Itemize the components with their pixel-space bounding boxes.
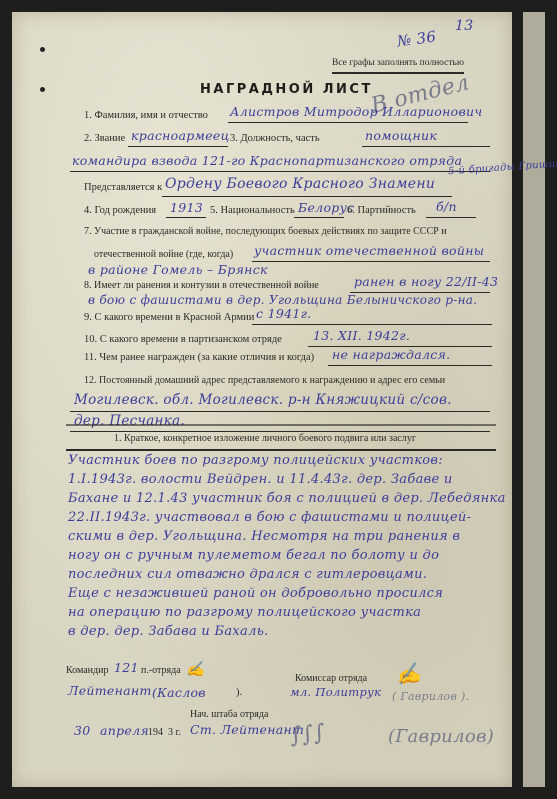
punch-hole: [40, 47, 45, 52]
field-11-value: не награждался.: [332, 347, 450, 362]
instruction-text: Все графы заполнять полностью: [332, 58, 464, 68]
field-9-label: 9. С какого времени в Красной Армии: [84, 312, 254, 323]
field-7-value-1: участник отечественной войны: [254, 243, 484, 258]
field-12-value-1: Могилевск. обл. Могилевск. р-н Княжицкий…: [74, 392, 452, 408]
field-line: [252, 324, 492, 325]
stamp-sheet: 13: [455, 18, 473, 34]
commissar-signature: ✍: [394, 660, 423, 688]
feat-line: Бахане и 12.1.43 участник боя с полицией…: [68, 491, 506, 506]
feat-line: в дер. дер. Забава и Бахаль.: [68, 624, 269, 639]
feat-line: Участник боев по разгрому полицейских уч…: [68, 453, 443, 468]
document-title: НАГРАДНОЙ ЛИСТ: [200, 82, 373, 97]
field-12-value-2: дер. Песчанка.: [74, 413, 185, 429]
instruction-underline: [332, 72, 464, 74]
commissar-name: ( Гаврилов ).: [392, 690, 469, 703]
date-day: 30: [74, 723, 91, 738]
field-6-label: 6. Партийность: [347, 205, 416, 216]
presented-label: Представляется к: [84, 182, 162, 193]
field-9-value: с 1941г.: [256, 306, 311, 321]
date-month: апреля: [100, 723, 149, 738]
punch-hole: [40, 87, 45, 92]
section-divider: [66, 449, 496, 451]
scan-border: [512, 0, 557, 799]
commander-signature: ✍: [186, 660, 205, 678]
presented-value: Ордену Боевого Красного Знамени: [165, 176, 435, 192]
feat-line: последних сил отважно дрался с гитлеровц…: [68, 567, 427, 582]
commander-label: Командир: [66, 665, 108, 676]
feat-line: 22.II.1943г. участвовал в бою с фашистам…: [68, 510, 471, 525]
field-line: [362, 146, 490, 147]
chief-signature-scrawl: ∫∫∫: [289, 720, 327, 749]
field-10-value: 13. XII. 1942г.: [313, 328, 410, 343]
field-8-label: 8. Имеет ли ранения и контузии в отечест…: [84, 280, 319, 291]
field-3-continuation: командира взвода 121-го Краснопартизанск…: [72, 153, 462, 168]
field-8-value-2: в бою с фашистами в дер. Угольщина Белын…: [88, 293, 477, 307]
chief-rank: Ст. Лейтенант: [190, 722, 304, 737]
field-1-value: Алистров Митродор Илларионович: [230, 104, 482, 119]
commander-unit: 121: [114, 660, 139, 675]
feat-line: скими в дер. Угольщина. Несмотря на три …: [68, 529, 460, 544]
field-6-value: б/п: [436, 199, 457, 214]
field-line: [162, 196, 452, 197]
field-5-value: Белорус: [298, 200, 354, 215]
field-line: [228, 122, 468, 123]
field-5-label: 5. Национальность: [210, 205, 295, 216]
commander-rank: Лейтенант: [68, 683, 152, 698]
field-7-value-2: в районе Гомель – Брянск: [88, 262, 268, 277]
field-line: [70, 411, 490, 412]
feat-line: Еще с незажившей раной он добровольно пр…: [68, 586, 443, 601]
field-line: [426, 217, 476, 218]
section-divider: [66, 424, 496, 426]
field-3-label: 3. Должность, часть: [230, 133, 320, 144]
chief-signature: (Гаврилов): [388, 726, 494, 747]
date-year-prefix: 194: [148, 727, 163, 738]
field-10-label: 10. С какого времени в партизанском отря…: [84, 334, 282, 345]
feat-line: на операцию по разгрому полицейского уча…: [68, 605, 421, 620]
feat-line: ногу он с ручным пулеметом бегал по боло…: [68, 548, 439, 563]
field-2-value: красноармеец: [131, 128, 230, 143]
field-7-label-2: отечественной войне (где, когда): [94, 249, 233, 260]
field-2-label: 2. Звание: [84, 133, 125, 144]
date-year-suffix: 3 г.: [168, 727, 181, 738]
field-3-value: помощник: [365, 128, 437, 143]
commander-close: ).: [236, 687, 242, 698]
field-11-label: 11. Чем ранее награжден (за какие отличи…: [84, 352, 314, 363]
field-12-label: 12. Постоянный домашний адрес представля…: [84, 375, 445, 386]
commissar-label: Комиссар отряда: [295, 673, 367, 684]
field-line: [70, 171, 490, 172]
commander-unit-label: п.-отряда: [141, 665, 181, 676]
commissar-rank: мл. Политрук: [290, 685, 381, 699]
field-7-label-1: 7. Участие в гражданской войне, последую…: [84, 226, 447, 237]
field-line: [128, 146, 228, 147]
field-8-value-1: ранен в ногу 22/II-43: [354, 274, 498, 289]
field-line: [328, 365, 492, 366]
chief-of-staff-label: Нач. штаба отряда: [190, 709, 268, 720]
field-4-label: 4. Год рождения: [84, 205, 156, 216]
field-1-label: 1. Фамилия, имя и отчество: [84, 110, 208, 121]
feat-section-label: 1. Краткое, конкретное изложение личного…: [114, 433, 416, 444]
field-line: [70, 431, 490, 432]
field-line: [252, 261, 490, 262]
feat-line: 1.I.1943г. волости Вейдрен. и 11.4.43г. …: [68, 472, 453, 487]
field-line: [166, 217, 206, 218]
field-line: [294, 217, 344, 218]
commander-name: (Каслов: [152, 685, 206, 700]
field-4-value: 1913: [170, 200, 203, 215]
